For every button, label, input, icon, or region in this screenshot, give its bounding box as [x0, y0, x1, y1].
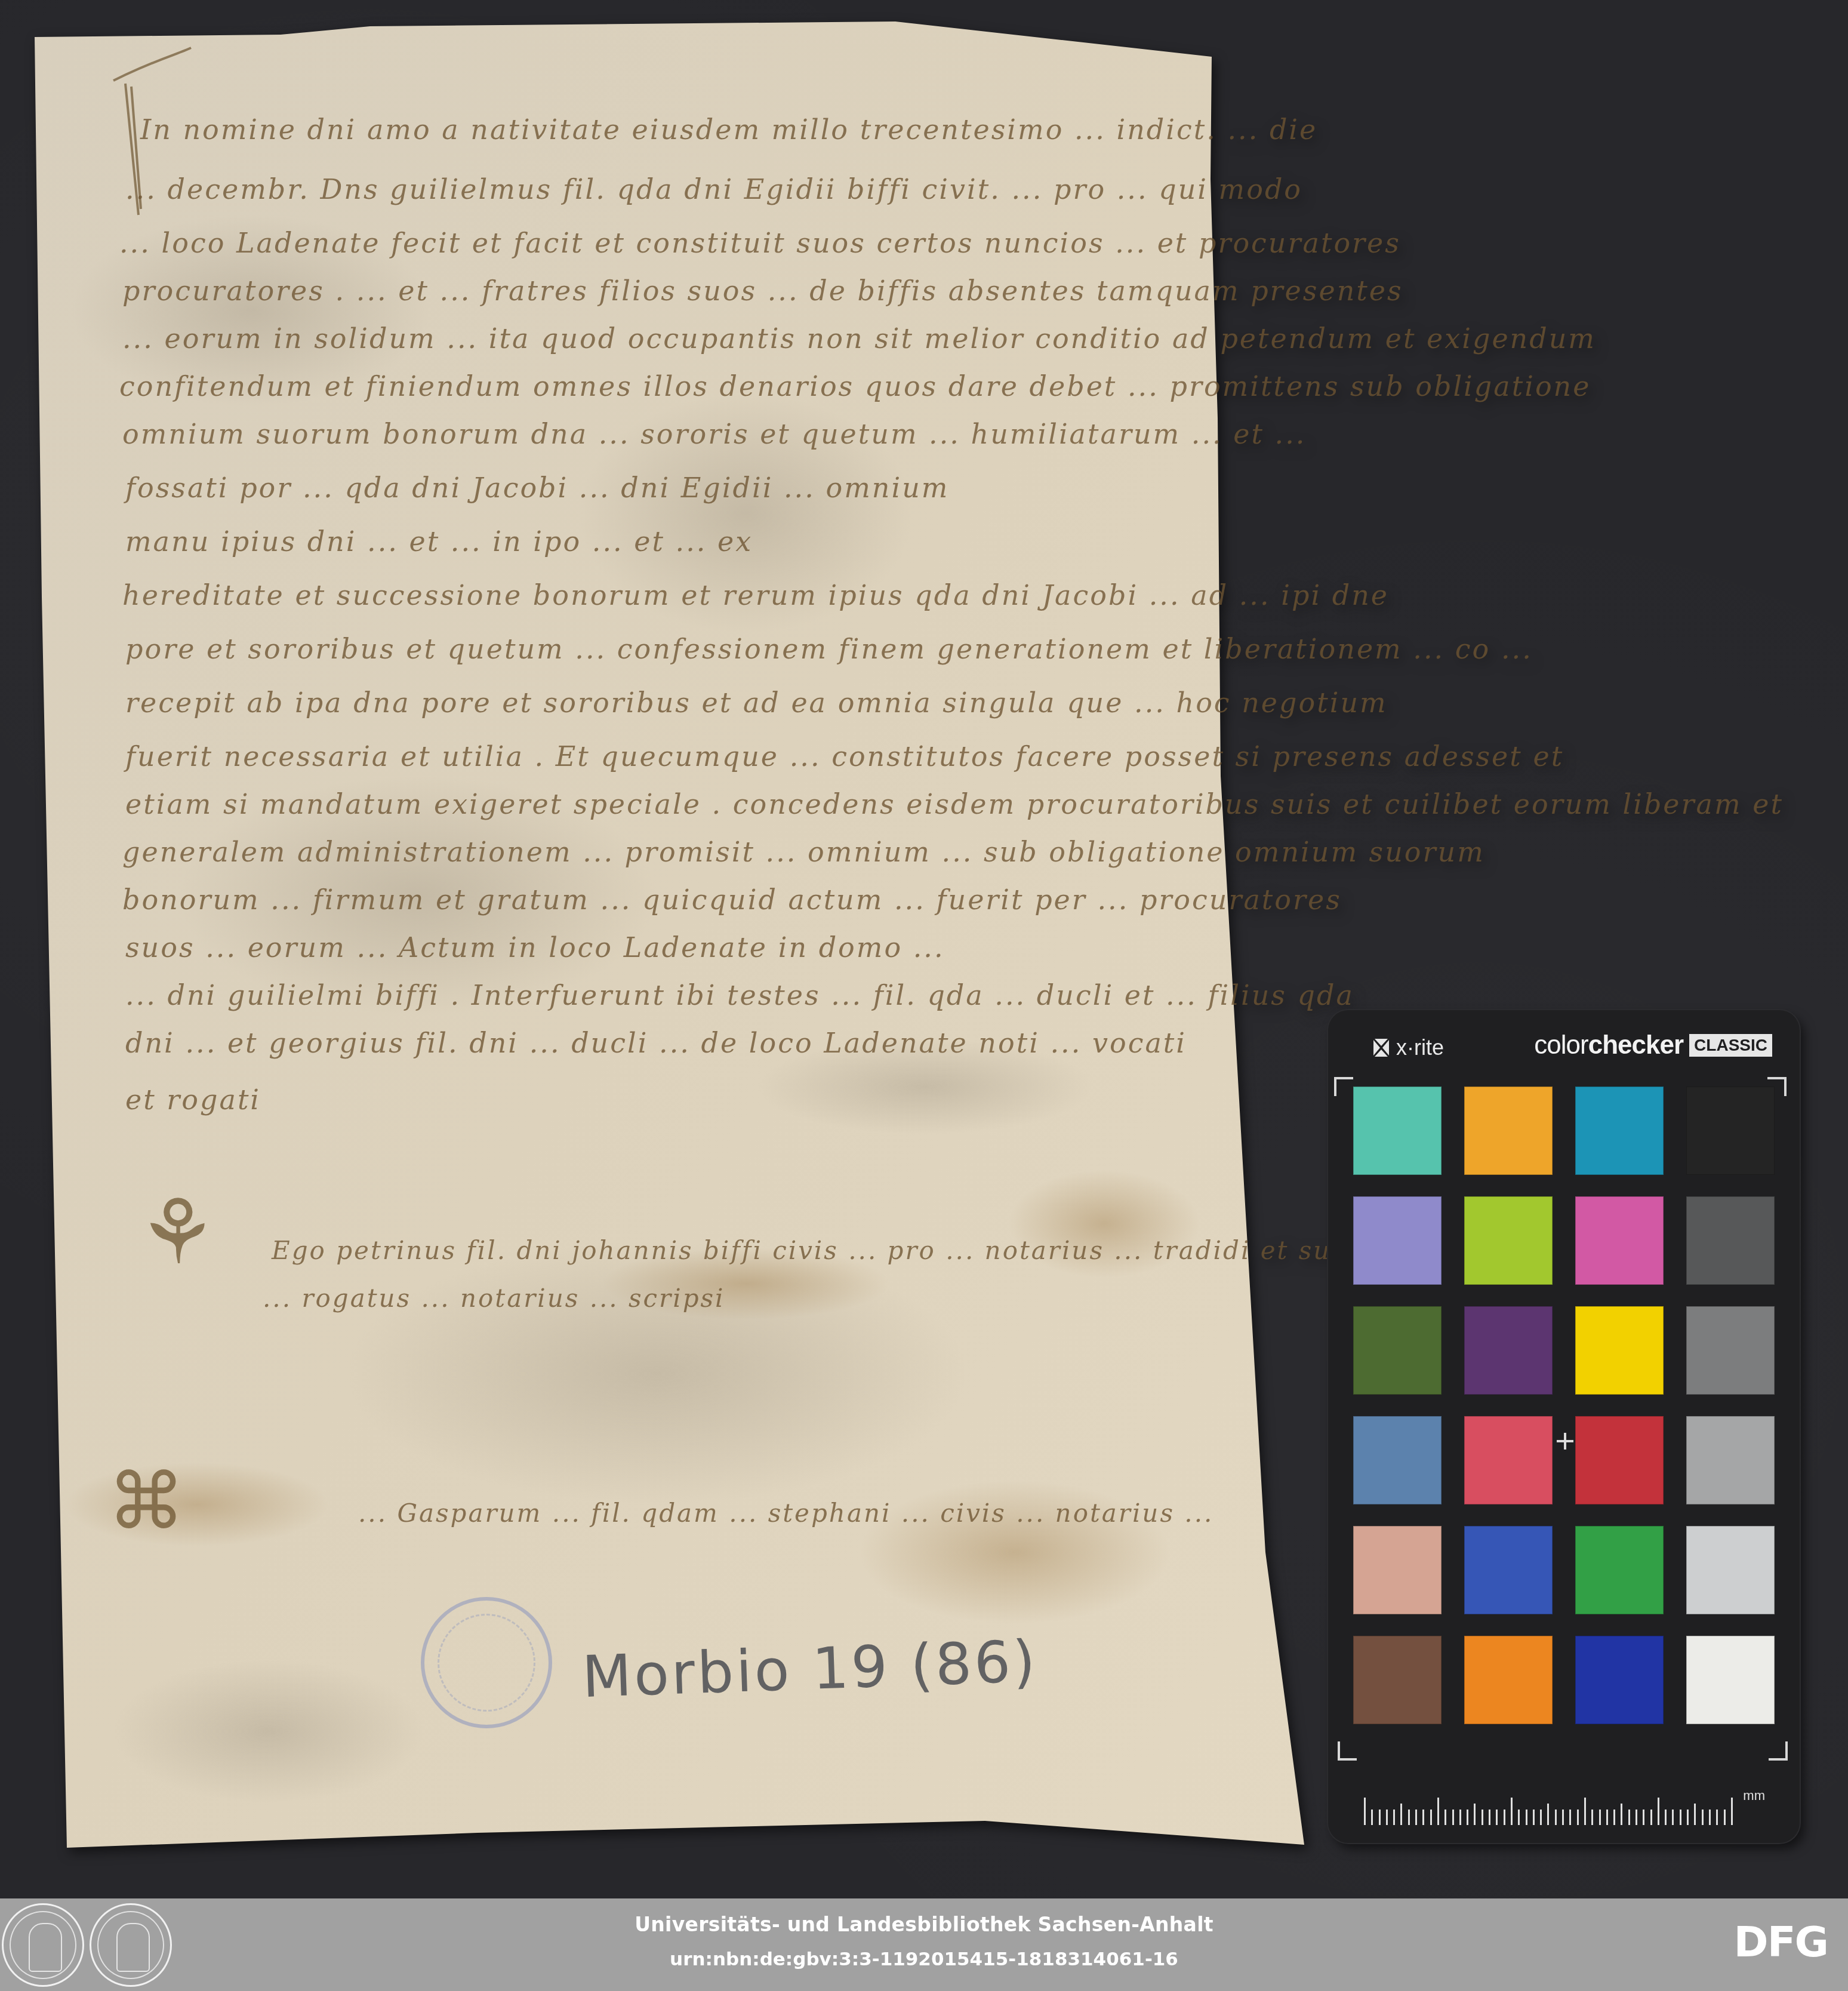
ruler-tick	[1489, 1810, 1490, 1825]
footer-bar: Universitäts- und Landesbibliothek Sachs…	[0, 1898, 1848, 1991]
swatch-green	[1575, 1526, 1664, 1614]
text-line: etiam si mandatum exigeret speciale . co…	[125, 788, 1784, 820]
text-line: ... decembr. Dns guilielmus fil. qda dni…	[125, 173, 1302, 205]
xrite-wordmark: x·rite	[1396, 1035, 1444, 1060]
ruler-tick	[1444, 1810, 1446, 1825]
colorchecker-title: color checker CLASSIC	[1534, 1030, 1772, 1060]
text-line: bonorum ... firmum et gratum ... quicqui…	[122, 884, 1342, 916]
ruler-tick	[1569, 1810, 1571, 1825]
swatch-blue-primary	[1575, 1636, 1664, 1724]
ruler-tick	[1415, 1810, 1417, 1825]
ruler-tick	[1518, 1810, 1520, 1825]
ruler-tick	[1606, 1810, 1608, 1825]
swatch-moderate-red	[1464, 1416, 1553, 1504]
text-line: recepit ab ipa dna pore et sororibus et …	[125, 687, 1388, 719]
swatch-yellow	[1575, 1306, 1664, 1395]
second-notary-signum-icon: ⌘	[107, 1463, 185, 1540]
ruler-tick	[1459, 1810, 1461, 1825]
ruler-tick	[1680, 1810, 1681, 1825]
xrite-brand: x·rite	[1371, 1035, 1444, 1060]
title-light: color	[1534, 1030, 1588, 1060]
swatch-blue-sky	[1353, 1416, 1442, 1504]
swatch-orange	[1464, 1636, 1553, 1724]
ruler-tick	[1452, 1810, 1454, 1825]
swatch-cyan	[1575, 1087, 1664, 1175]
text-line: fossati por ... qda dni Jacobi ... dni E…	[125, 472, 949, 504]
swatch-dark-skin	[1353, 1636, 1442, 1724]
library-stamp-icon	[421, 1597, 552, 1728]
second-notary-line: ... Gasparum ... fil. qdam ... stephani …	[358, 1498, 1213, 1528]
corner-mark-icon	[1334, 1077, 1353, 1096]
urn-identifier: urn:nbn:de:gbv:3:3-1192015415-1818314061…	[0, 1949, 1848, 1970]
corner-mark-icon	[1338, 1741, 1357, 1761]
text-line: suos ... eorum ... Actum in loco Ladenat…	[125, 931, 945, 964]
text-line: hereditate et successione bonorum et rer…	[122, 579, 1389, 611]
ruler-tick	[1379, 1810, 1381, 1825]
ruler-tick	[1393, 1810, 1395, 1825]
notary-subscription: Ego petrinus fil. dni johannis biffi civ…	[272, 1236, 1446, 1265]
ruler-tick	[1504, 1810, 1505, 1825]
text-line: manu ipius dni ... et ... in ipo ... et …	[125, 525, 753, 558]
ruler-tick	[1474, 1804, 1476, 1825]
ruler-tick	[1482, 1810, 1483, 1825]
text-line: et rogati	[125, 1084, 261, 1116]
ruler-tick	[1709, 1810, 1711, 1825]
swatch-blue-flower	[1353, 1196, 1442, 1285]
xrite-logo-icon	[1371, 1038, 1391, 1058]
ruler-tick	[1716, 1810, 1718, 1825]
swatch-bluish-green	[1353, 1087, 1442, 1175]
ruler-tick	[1724, 1810, 1726, 1825]
text-line: In nomine dni amo a nativitate eiusdem m…	[140, 113, 1317, 146]
text-line: dni ... et georgius fil. dni ... ducli .…	[125, 1027, 1187, 1059]
text-line: omnium suorum bonorum dna ... sororis et…	[122, 418, 1307, 450]
title-bold: checker	[1588, 1030, 1683, 1060]
text-line: confitendum et finiendum omnes illos den…	[119, 370, 1591, 402]
ruler-tick	[1511, 1798, 1513, 1825]
ruler-tick	[1694, 1804, 1696, 1825]
ruler-tick	[1408, 1810, 1410, 1825]
ruler-tick	[1628, 1810, 1630, 1825]
text-line: ... loco Ladenate fecit et facit et cons…	[119, 227, 1401, 259]
swatch-blue	[1464, 1526, 1553, 1614]
swatch-grid	[1353, 1087, 1775, 1724]
ruler-tick	[1540, 1810, 1542, 1825]
corner-mark-icon	[1769, 1741, 1788, 1761]
ruler-tick	[1665, 1810, 1667, 1825]
swatch-neutral-8	[1686, 1526, 1775, 1614]
text-line: generalem administrationem ... promisit …	[122, 836, 1485, 868]
ruler-unit: mm	[1743, 1788, 1765, 1804]
text-line: pore et sororibus et quetum ... confessi…	[125, 633, 1533, 665]
institution-name: Universitäts- und Landesbibliothek Sachs…	[0, 1913, 1848, 1936]
swatch-white	[1686, 1636, 1775, 1724]
swatch-light-skin	[1353, 1526, 1442, 1614]
ruler-tick	[1621, 1804, 1622, 1825]
ruler-tick	[1687, 1810, 1689, 1825]
swatch-neutral-6-5	[1686, 1416, 1775, 1504]
swatch-black	[1686, 1087, 1775, 1175]
ruler-tick	[1496, 1810, 1498, 1825]
ruler-tick	[1526, 1810, 1527, 1825]
ruler-tick	[1702, 1810, 1704, 1825]
swatch-foliage	[1353, 1306, 1442, 1395]
swatch-yellow-green	[1464, 1196, 1553, 1285]
ruler-tick	[1467, 1810, 1468, 1825]
ruler-tick	[1371, 1810, 1373, 1825]
swatch-orange-yellow	[1464, 1087, 1553, 1175]
ruler-tick	[1386, 1810, 1388, 1825]
ruler-tick	[1658, 1798, 1659, 1825]
notary-subscription: ... rogatus ... notarius ... scripsi	[263, 1284, 725, 1313]
ruler-tick	[1672, 1810, 1674, 1825]
text-line: ... eorum in solidum ... ita quod occupa…	[122, 322, 1596, 355]
swatch-purple	[1464, 1306, 1553, 1395]
swatch-neutral-3-5	[1686, 1196, 1775, 1285]
ruler-tick	[1591, 1810, 1593, 1825]
ruler-tick	[1731, 1798, 1733, 1825]
classic-badge: CLASSIC	[1689, 1034, 1772, 1057]
ruler-tick	[1547, 1804, 1549, 1825]
ruler-tick	[1364, 1798, 1366, 1825]
ruler-tick	[1599, 1810, 1601, 1825]
notary-signum-icon: ⚘	[137, 1188, 217, 1278]
dfg-logo-icon: DFG	[1734, 1921, 1828, 1963]
text-line: fuerit necessaria et utilia . Et quecumq…	[125, 740, 1564, 773]
ruler-tick	[1636, 1810, 1637, 1825]
ruler-tick	[1437, 1798, 1439, 1825]
swatch-neutral-5	[1686, 1306, 1775, 1395]
ruler-tick	[1533, 1810, 1535, 1825]
text-line: procuratores . ... et ... fratres filios…	[122, 275, 1403, 307]
ruler-tick	[1430, 1810, 1432, 1825]
colorchecker-card: x·rite color checker CLASSIC mm	[1328, 1010, 1800, 1843]
ruler-tick	[1555, 1810, 1557, 1825]
ruler-tick	[1613, 1810, 1615, 1825]
text-line: ... dni guilielmi biffi . Interfuerunt i…	[125, 979, 1354, 1011]
ruler-tick	[1643, 1810, 1644, 1825]
ruler-tick	[1422, 1810, 1424, 1825]
crosshair-icon	[1557, 1433, 1573, 1450]
mm-ruler: mm	[1364, 1789, 1758, 1825]
ruler-tick	[1650, 1810, 1652, 1825]
ruler-tick	[1400, 1804, 1402, 1825]
swatch-red	[1575, 1416, 1664, 1504]
ruler-tick	[1577, 1810, 1579, 1825]
ruler-tick	[1584, 1798, 1586, 1825]
ruler-tick	[1562, 1810, 1564, 1825]
swatch-magenta	[1575, 1196, 1664, 1285]
